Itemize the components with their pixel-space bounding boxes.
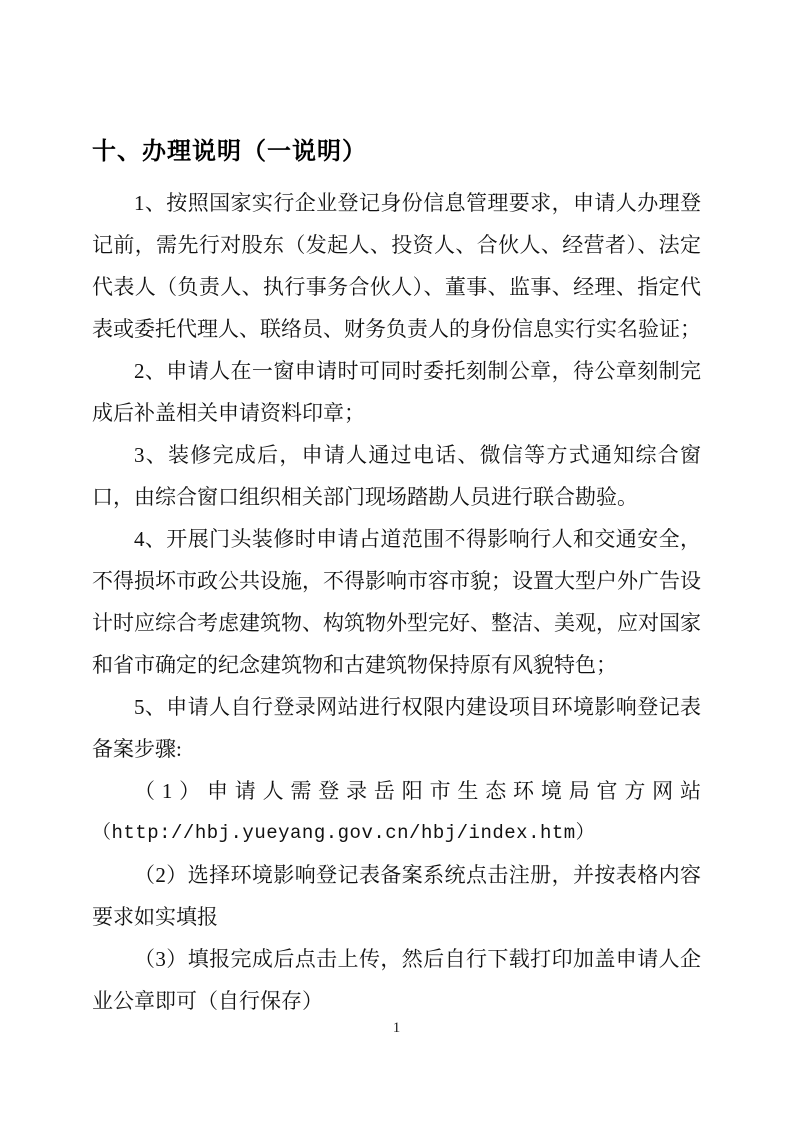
- paragraph-2: 2、申请人在一窗申请时可同时委托刻制公章，待公章刻制完成后补盖相关申请资料印章；: [92, 350, 701, 434]
- paragraph-4: 4、开展门头装修时申请占道范围不得影响行人和交通安全，不得损坏市政公共设施，不得…: [92, 518, 701, 686]
- page-number: 1: [0, 1018, 793, 1038]
- paragraph-5: 5、申请人自行登录网站进行权限内建设项目环境影响登记表备案步骤:: [92, 686, 701, 770]
- step-1-label: （1）申请人需登录岳阳市生态环境局官方网站: [92, 770, 701, 812]
- step-3-label: （3）填报完成后点击上传，然后自行下载打印加盖申请人企业公章即可（自行保存）: [92, 938, 701, 1022]
- step-1-website-url: （http://hbj.yueyang.gov.cn/hbj/index.htm…: [92, 812, 701, 854]
- paragraph-3: 3、装修完成后，申请人通过电话、微信等方式通知综合窗口，由综合窗口组织相关部门现…: [92, 434, 701, 518]
- step-2-label: （2）选择环境影响登记表备案系统点击注册，并按表格内容要求如实填报: [92, 854, 701, 938]
- document-page: 十、办理说明（一说明） 1、按照国家实行企业登记身份信息管理要求，申请人办理登记…: [0, 0, 793, 1122]
- paragraph-1: 1、按照国家实行企业登记身份信息管理要求，申请人办理登记前，需先行对股东（发起人…: [92, 182, 701, 350]
- document-body: 十、办理说明（一说明） 1、按照国家实行企业登记身份信息管理要求，申请人办理登记…: [92, 136, 701, 1022]
- section-title: 十、办理说明（一说明）: [92, 136, 701, 167]
